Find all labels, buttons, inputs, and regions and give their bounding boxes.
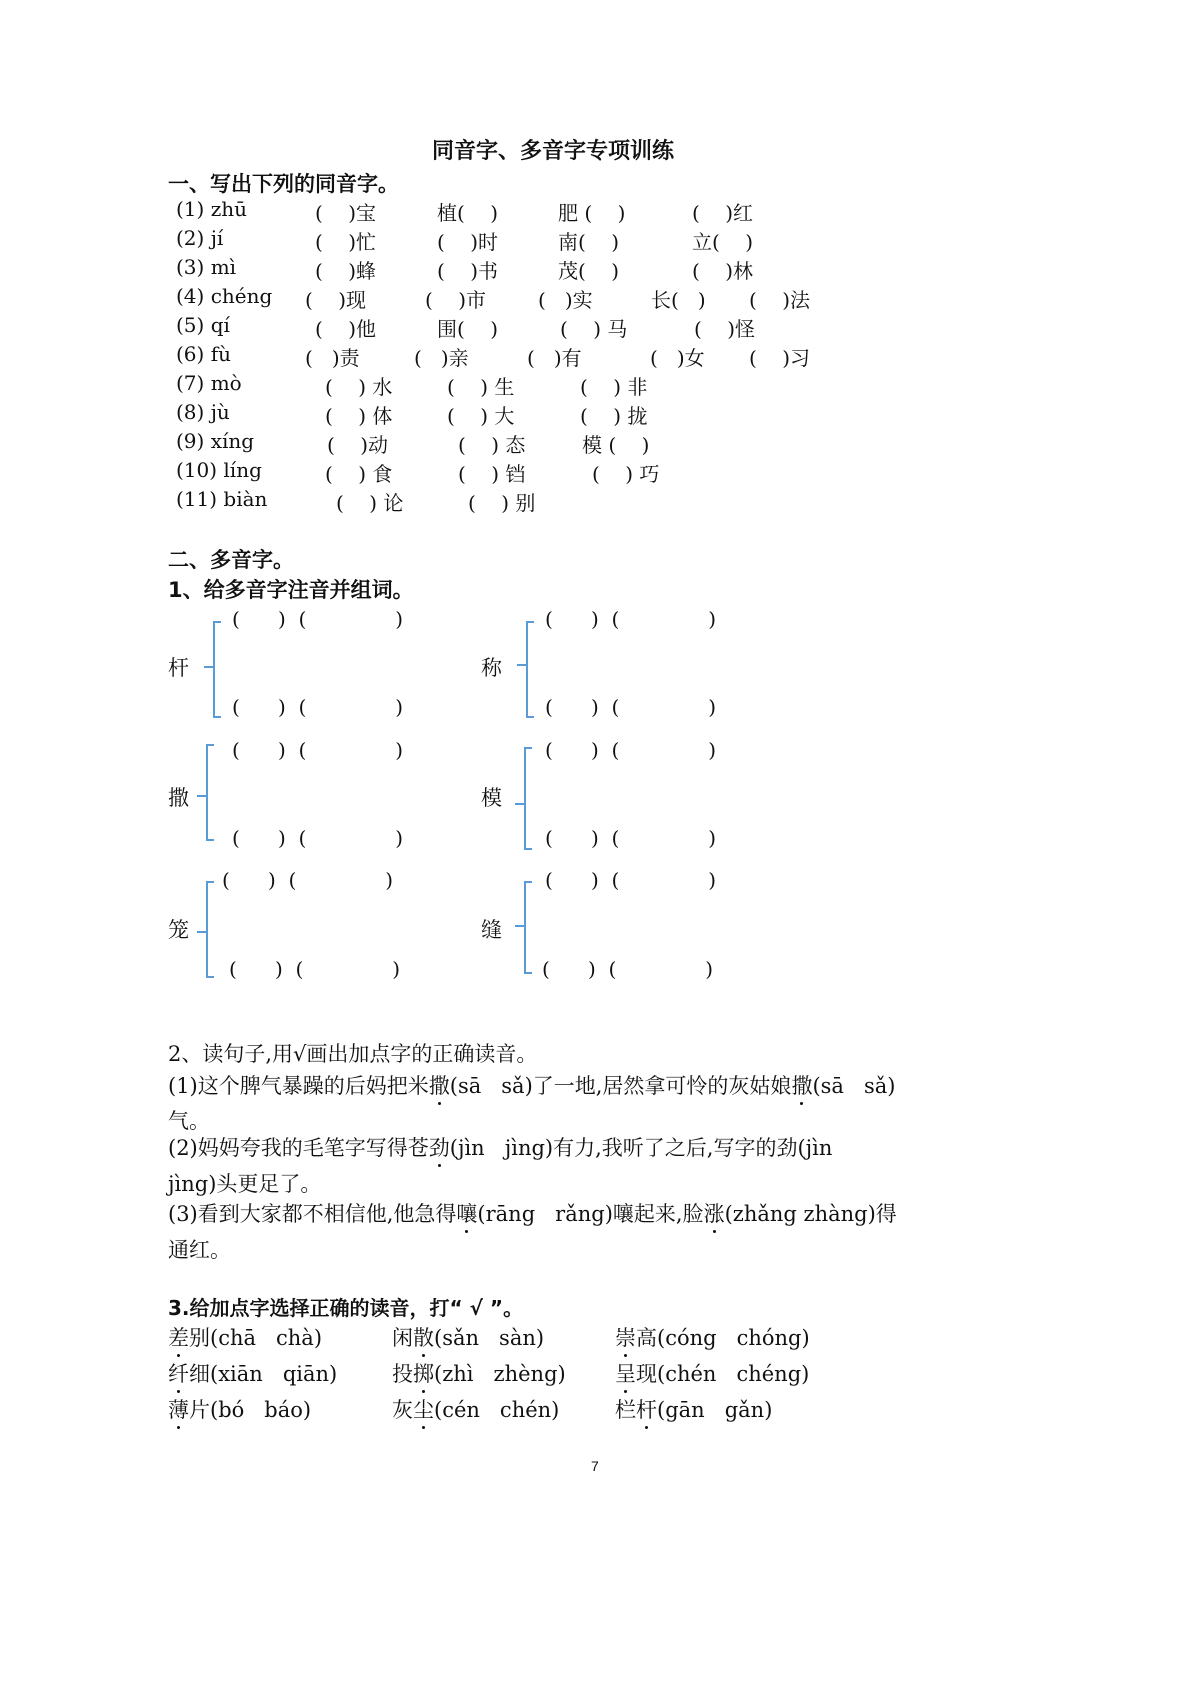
polyphone-char: 撒 [168, 782, 189, 812]
blank-item[interactable]: ( ) 生 [447, 371, 514, 400]
blank-item[interactable]: 立( ) [692, 226, 753, 255]
dotted-char: 劲 [429, 1132, 450, 1162]
blank-item[interactable]: 茂( ) [558, 255, 619, 284]
dotted-char: 掷 [413, 1358, 434, 1388]
blank-item[interactable]: ( )女 [650, 342, 705, 371]
dotted-char: 撒 [791, 1070, 812, 1100]
pinyin-word-blank[interactable]: ( ) ( ) [229, 957, 400, 981]
sentence-text: 通红。 [168, 1238, 231, 1262]
dotted-char: 薄 [168, 1394, 189, 1424]
sentence-line: (2)妈妈夸我的毛笔字写得苍劲(jìn jìng)有力,我听了之后,写字的劲(j… [168, 1132, 832, 1162]
dotted-char: 散 [413, 1322, 434, 1352]
blank-item[interactable]: ( )实 [538, 284, 593, 313]
blank-item[interactable]: ( ) 拢 [580, 400, 647, 429]
q1-heading: 1、给多音字注音并组词。 [168, 574, 414, 604]
pinyin-word-blank[interactable]: ( ) ( ) [222, 868, 393, 892]
blank-item[interactable]: ( )怪 [694, 313, 755, 342]
reading-choice: 差别(chā chà) [168, 1322, 322, 1352]
dotted-char: 嚷 [456, 1198, 477, 1228]
blank-item[interactable]: ( ) 论 [336, 487, 403, 516]
brace-icon [206, 744, 208, 841]
polyphone-char: 笼 [168, 914, 189, 944]
blank-item[interactable]: ( ) 铛 [458, 458, 525, 487]
pinyin-choice[interactable]: (rāng rǎng)嚷起来,脸 [477, 1202, 703, 1226]
reading-choice: 崇高(cóng chóng) [615, 1322, 810, 1352]
dotted-char: 尘 [413, 1394, 434, 1424]
polyphone-char: 称 [481, 652, 502, 682]
page-number: 7 [591, 1458, 599, 1474]
polyphone-char: 模 [481, 782, 502, 812]
pinyin-word-blank[interactable]: ( ) ( ) [545, 826, 716, 850]
dotted-char: 杆 [636, 1394, 657, 1424]
word-text: 闲 [392, 1326, 413, 1350]
word-text: 投 [392, 1362, 413, 1386]
pinyin-word-blank[interactable]: ( ) ( ) [545, 607, 716, 631]
sentence-line: (3)看到大家都不相信他,他急得嚷(rāng rǎng)嚷起来,脸涨(zhǎng… [168, 1198, 897, 1228]
brace-icon [524, 747, 526, 850]
row-label: (2) jí [176, 226, 223, 250]
polyphone-char: 缝 [481, 914, 502, 944]
row-label: (7) mò [176, 371, 242, 395]
blank-item[interactable]: ( ) 水 [325, 371, 392, 400]
sentence-text: (2)妈妈夸我的毛笔字写得苍 [168, 1136, 429, 1160]
pinyin-options[interactable]: (bó báo) [210, 1398, 311, 1422]
bracket-tick [197, 931, 206, 933]
sentence-line: 气。 [168, 1105, 210, 1135]
reading-choice: 投掷(zhì zhèng) [392, 1358, 566, 1388]
blank-item[interactable]: ( )现 [305, 284, 366, 313]
pinyin-options[interactable]: (xiān qiān) [210, 1362, 337, 1386]
pinyin-word-blank[interactable]: ( ) ( ) [232, 695, 403, 719]
bracket-tick [515, 803, 524, 805]
word-text: 高 [636, 1326, 657, 1350]
word-text: 别 [189, 1326, 210, 1350]
sentence-line: 通红。 [168, 1234, 231, 1264]
brace-icon [526, 621, 528, 718]
blank-item[interactable]: 围( ) [437, 313, 498, 342]
dotted-char: 纤 [168, 1358, 189, 1388]
row-label: (6) fù [176, 342, 231, 366]
sentence-line: (1)这个脾气暴躁的后妈把米撒(sā sǎ)了一地,居然拿可怜的灰姑娘撒(sā … [168, 1070, 895, 1100]
bracket-tick [517, 664, 526, 666]
dotted-char: 涨 [704, 1198, 725, 1228]
sentence-text: 气。 [168, 1109, 210, 1133]
pinyin-word-blank[interactable]: ( ) ( ) [545, 868, 716, 892]
page-title: 同音字、多音字专项训练 [432, 134, 674, 165]
pinyin-word-blank[interactable]: ( ) ( ) [232, 607, 403, 631]
pinyin-options[interactable]: (chā chà) [210, 1326, 322, 1350]
blank-item[interactable]: ( ) 非 [580, 371, 647, 400]
section2-heading: 二、多音字。 [168, 544, 294, 574]
pinyin-options[interactable]: (gān gǎn) [657, 1398, 772, 1422]
pinyin-choice[interactable]: jìng)头更足了。 [168, 1172, 321, 1196]
bracket-tick [197, 795, 206, 797]
pinyin-options[interactable]: (zhì zhèng) [434, 1362, 566, 1386]
dotted-char: 呈 [615, 1358, 636, 1388]
pinyin-word-blank[interactable]: ( ) ( ) [545, 695, 716, 719]
reading-choice: 闲散(sǎn sàn) [392, 1322, 544, 1352]
pinyin-options[interactable]: (cén chén) [434, 1398, 559, 1422]
brace-icon [524, 881, 526, 974]
section1-heading: 一、写出下列的同音字。 [168, 168, 399, 198]
reading-choice: 呈现(chén chéng) [615, 1358, 809, 1388]
blank-item[interactable]: 植( ) [437, 197, 498, 226]
pinyin-word-blank[interactable]: ( ) ( ) [232, 826, 403, 850]
bracket-tick [515, 925, 524, 927]
blank-item[interactable]: ( ) 马 [560, 313, 627, 342]
blank-item[interactable]: ( ) 食 [325, 458, 392, 487]
blank-item[interactable]: ( )市 [425, 284, 486, 313]
blank-item[interactable]: ( )他 [315, 313, 376, 342]
pinyin-options[interactable]: (cóng chóng) [657, 1326, 810, 1350]
blank-item[interactable]: ( )红 [692, 197, 753, 226]
q2-heading: 2、读句子,用√画出加点字的正确读音。 [168, 1038, 537, 1068]
blank-item[interactable]: ( )责 [305, 342, 360, 371]
pinyin-word-blank[interactable]: ( ) ( ) [545, 738, 716, 762]
row-label: (1) zhū [176, 197, 247, 221]
row-label: (9) xíng [176, 429, 254, 453]
bracket-tick [204, 666, 213, 668]
word-text: 灰 [392, 1398, 413, 1422]
row-label: (8) jù [176, 400, 230, 424]
pinyin-options[interactable]: (chén chéng) [657, 1362, 809, 1386]
blank-item[interactable]: ( )动 [327, 429, 388, 458]
blank-item[interactable]: ( )书 [437, 255, 498, 284]
pinyin-choice[interactable]: (sā sǎ) [812, 1074, 895, 1098]
sentence-line: jìng)头更足了。 [168, 1168, 321, 1198]
row-label: (11) biàn [176, 487, 267, 511]
blank-item[interactable]: ( )亲 [414, 342, 469, 371]
blank-item[interactable]: ( )时 [437, 226, 498, 255]
pinyin-options[interactable]: (sǎn sàn) [434, 1326, 544, 1350]
brace-icon [213, 621, 215, 718]
dotted-char: 差 [168, 1322, 189, 1352]
blank-item[interactable]: 模 ( ) [582, 429, 649, 458]
sentence-text: (1)这个脾气暴躁的后妈把米 [168, 1074, 429, 1098]
reading-choice: 薄片(bó báo) [168, 1394, 311, 1424]
blank-item[interactable]: 肥 ( ) [558, 197, 625, 226]
dotted-char: 崇 [615, 1322, 636, 1352]
row-label: (3) mì [176, 255, 236, 279]
blank-item[interactable]: ( )忙 [315, 226, 376, 255]
blank-item[interactable]: ( ) 态 [458, 429, 525, 458]
sentence-text: (3)看到大家都不相信他,他急得 [168, 1202, 456, 1226]
row-label: (4) chéng [176, 284, 272, 308]
pinyin-choice[interactable]: (jìn jìng)有力,我听了之后,写字的劲(jìn [450, 1136, 833, 1160]
blank-item[interactable]: ( )法 [749, 284, 810, 313]
q3-heading: 3.给加点字选择正确的读音，打“ √ ”。 [168, 1292, 523, 1321]
pinyin-word-blank[interactable]: ( ) ( ) [232, 738, 403, 762]
blank-item[interactable]: 南( ) [558, 226, 619, 255]
reading-choice: 纤细(xiān qiān) [168, 1358, 337, 1388]
word-text: 细 [189, 1362, 210, 1386]
reading-choice: 灰尘(cén chén) [392, 1394, 559, 1424]
blank-item[interactable]: ( ) 巧 [592, 458, 659, 487]
row-label: (5) qí [176, 313, 230, 337]
row-label: (10) líng [176, 458, 262, 482]
reading-choice: 栏杆(gān gǎn) [615, 1394, 772, 1424]
word-text: 现 [636, 1362, 657, 1386]
pinyin-choice[interactable]: (sā sǎ)了一地,居然拿可怜的灰姑娘 [450, 1074, 792, 1098]
polyphone-char: 杆 [168, 652, 189, 682]
word-text: 栏 [615, 1398, 636, 1422]
blank-item[interactable]: ( )蜂 [315, 255, 376, 284]
blank-item[interactable]: ( )习 [749, 342, 810, 371]
blank-item[interactable]: ( ) 体 [325, 400, 392, 429]
blank-item[interactable]: ( ) 大 [447, 400, 514, 429]
word-text: 片 [189, 1398, 210, 1422]
pinyin-choice[interactable]: (zhǎng zhàng)得 [725, 1202, 897, 1226]
dotted-char: 撒 [429, 1070, 450, 1100]
brace-icon [206, 881, 208, 978]
pinyin-word-blank[interactable]: ( ) ( ) [542, 957, 713, 981]
blank-item[interactable]: 长( ) [651, 284, 706, 313]
blank-item[interactable]: ( )有 [527, 342, 582, 371]
blank-item[interactable]: ( )宝 [315, 197, 376, 226]
blank-item[interactable]: ( ) 别 [468, 487, 535, 516]
blank-item[interactable]: ( )林 [692, 255, 753, 284]
